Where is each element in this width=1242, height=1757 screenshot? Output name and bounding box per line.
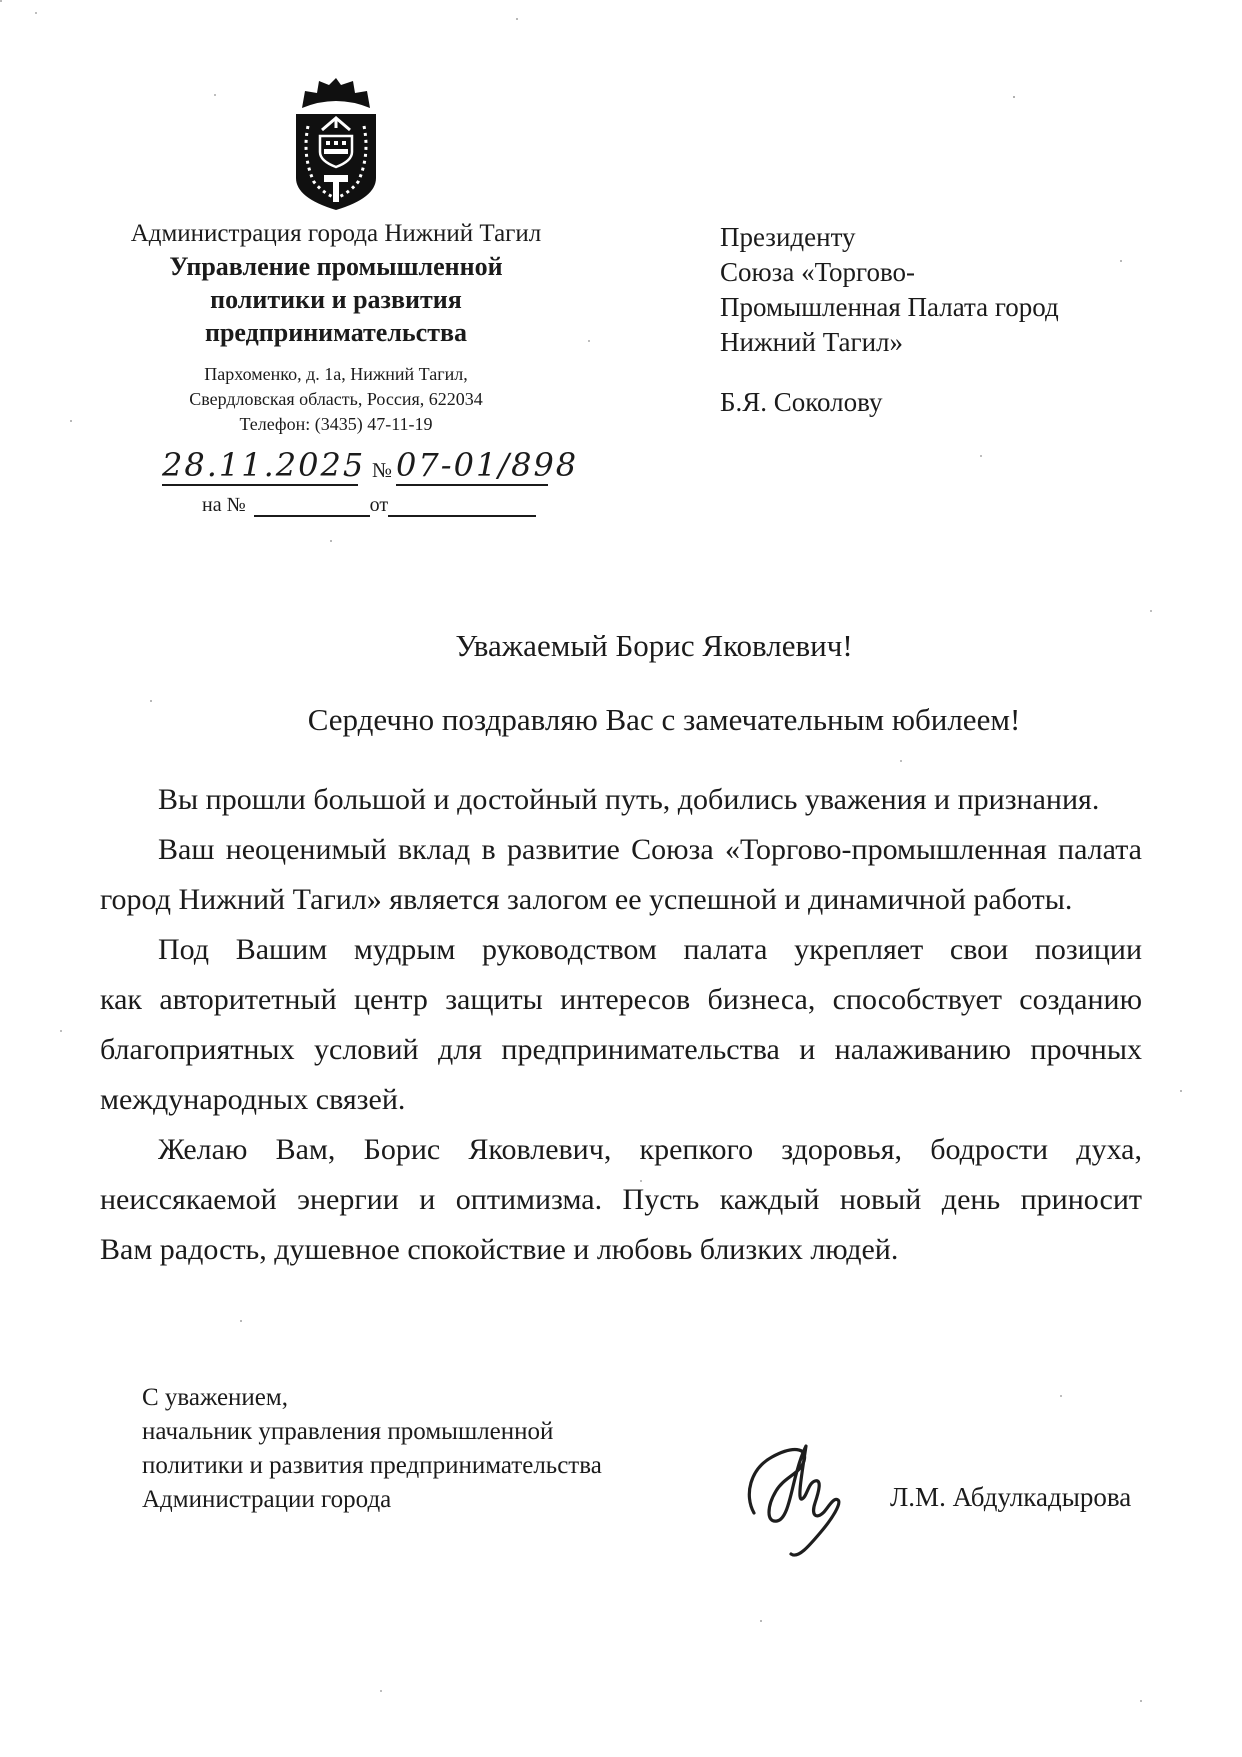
salutation: Уважаемый Борис Яковлевич! (100, 628, 1142, 664)
recipient-block: Президенту Союза «Торгово- Промышленная … (720, 220, 1120, 420)
recipient-org-line3: Нижний Тагил» (720, 325, 1120, 360)
letter-number-field: 07-01/898 (396, 449, 548, 486)
recipient-org-line1: Союза «Торгово- (720, 255, 1120, 290)
coat-of-arms-icon (274, 78, 398, 210)
ref-from-blank-field (388, 515, 536, 517)
signoff-closing: С уважением, (142, 1381, 702, 1415)
paragraph3-line2: как авторитетный центр защиты интересов … (100, 975, 1142, 1025)
department-name-line3: предпринимательства (128, 316, 544, 349)
signoff-title-line2: политики и развития предпринимательства (142, 1449, 702, 1483)
paragraph2-line2: город Нижний Тагил» является залогом ее … (100, 875, 1142, 925)
recipient-org-line2: Промышленная Палата город (720, 290, 1120, 325)
department-name-line1: Управление промышленной (128, 250, 544, 283)
paragraph3-line3: благоприятных условий для предпринимател… (100, 1025, 1142, 1075)
letter-body: Вы прошли большой и достойный путь, доби… (100, 775, 1142, 1275)
paragraph3-line4: международных связей. (100, 1075, 1142, 1125)
signoff-title-line1: начальник управления промышленной (142, 1415, 702, 1449)
org-name: Администрация города Нижний Тагил (128, 218, 544, 250)
number-sign-label: № (372, 458, 392, 483)
reference-row: на № от (202, 493, 544, 517)
paragraph4-line2: неиссякаемой энергии и оптимизма. Пусть … (100, 1175, 1142, 1225)
department-name-line2: политики и развития (128, 283, 544, 316)
recipient-name: Б.Я. Соколову (720, 385, 1120, 420)
address-region: Свердловская область, Россия, 622034 (128, 387, 544, 412)
signoff-title-line3: Администрации города (142, 1483, 702, 1517)
paragraph3-line1: Под Вашим мудрым руководством палата укр… (100, 925, 1142, 975)
letter-number-handwritten: 07-01/898 (396, 446, 578, 484)
signoff-block: С уважением, начальник управления промыш… (142, 1381, 702, 1517)
ref-number-label: на № (202, 493, 246, 517)
signature-icon (738, 1433, 864, 1569)
paragraph4-line3: Вам радость, душевное спокойствие и любо… (100, 1225, 1142, 1275)
letter-date-field: 28.11.2025 (162, 449, 358, 486)
date-number-row: 28.11.2025 № 07-01/898 (162, 449, 544, 486)
org-address: Пархоменко, д. 1а, Нижний Тагил, Свердло… (128, 362, 544, 437)
signer-name: Л.М. Абдулкадырова (890, 1482, 1131, 1513)
paragraph2-line1: Ваш неоценимый вклад в развитие Союза «Т… (100, 825, 1142, 875)
sender-letterhead: Администрация города Нижний Тагил Управл… (128, 78, 544, 517)
opening-line: Сердечно поздравляю Вас с замечательным … (100, 702, 1142, 738)
letter-page: Администрация города Нижний Тагил Управл… (0, 0, 1242, 1757)
letter-date-handwritten: 28.11.2025 (162, 446, 365, 484)
paragraph1-line1: Вы прошли большой и достойный путь, доби… (100, 775, 1142, 825)
address-phone: Телефон: (3435) 47-11-19 (128, 412, 544, 437)
paragraph4-line1: Желаю Вам, Борис Яковлевич, крепкого здо… (100, 1125, 1142, 1175)
recipient-title: Президенту (720, 220, 1120, 255)
ref-from-label: от (370, 493, 388, 517)
ref-number-blank-field (254, 515, 370, 517)
address-street: Пархоменко, д. 1а, Нижний Тагил, (128, 362, 544, 387)
